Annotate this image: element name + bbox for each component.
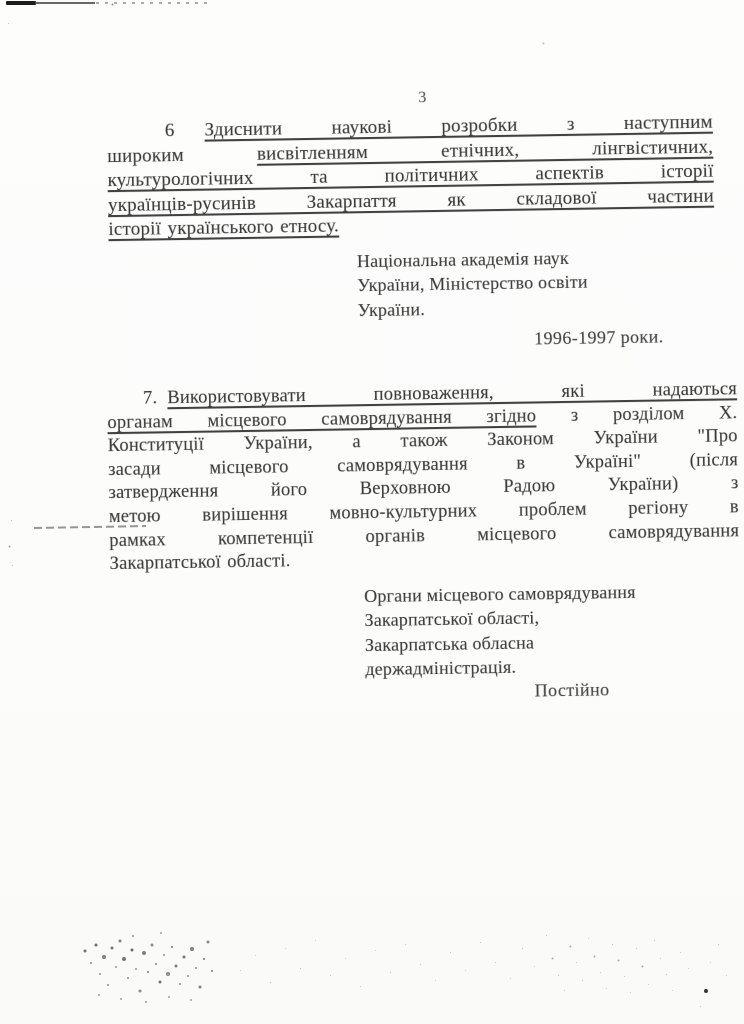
item-7-executor-block: Органи місцевого самоврядування Закарпат… xyxy=(364,578,735,681)
text-line: України. xyxy=(357,293,669,322)
item-6-executor-block: Національна академія наук України, Мініс… xyxy=(357,244,670,322)
item-7-paragraph: 7.Використовувати повноваження, які нада… xyxy=(107,378,740,577)
scan-noise-speckles xyxy=(0,0,1,1)
document-content: 3 6Здиснити наукові розробки з наступним… xyxy=(0,0,744,1024)
text-line: держадміністрація. xyxy=(365,652,735,682)
scan-streak-artifact xyxy=(96,2,212,4)
scan-streak-artifact xyxy=(35,2,95,4)
scan-streak-artifact xyxy=(6,1,36,5)
item-6-paragraph: 6Здиснити наукові розробки з наступним ш… xyxy=(107,111,715,243)
underlined-text: історії українського етносу. xyxy=(108,216,339,241)
item-7-term: Постійно xyxy=(534,679,609,701)
plain-text: з розділом Х. xyxy=(571,403,738,426)
item-6-number: 6 xyxy=(165,120,175,141)
item-7-number: 7. xyxy=(143,388,158,408)
plain-text: широким xyxy=(107,145,184,167)
item-6-term: 1996-1997 роки. xyxy=(534,326,664,349)
scanned-document-page: { "page_background": "#fcfcfb", "ink_col… xyxy=(0,0,744,1024)
page-number: 3 xyxy=(418,89,426,107)
